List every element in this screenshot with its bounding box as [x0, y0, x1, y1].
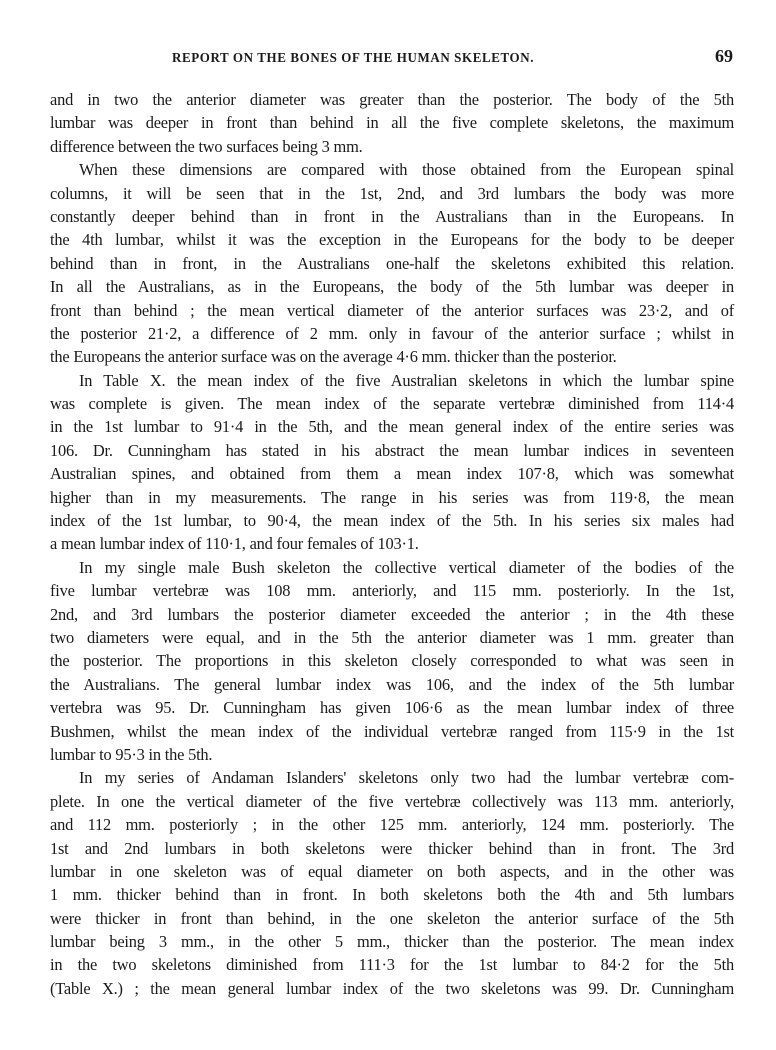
text-line: the Europeans the anterior surface was o…: [50, 345, 734, 368]
text-line: columns, it will be seen that in the 1st…: [50, 182, 734, 205]
text-line: in the two skeletons diminished from 111…: [50, 953, 734, 976]
text-line: front than behind ; the mean vertical di…: [50, 299, 734, 322]
text-line: lumbar being 3 mm., in the other 5 mm., …: [50, 930, 734, 953]
document-page: REPORT ON THE BONES OF THE HUMAN SKELETO…: [0, 0, 776, 1050]
text-line: and in two the anterior diameter was gre…: [50, 88, 734, 111]
text-line: When these dimensions are compared with …: [50, 158, 734, 181]
paragraph: and in two the anterior diameter was gre…: [50, 88, 734, 158]
text-line: plete. In one the vertical diameter of t…: [50, 790, 734, 813]
running-header: REPORT ON THE BONES OF THE HUMAN SKELETO…: [50, 50, 733, 74]
text-line: in the 1st lumbar to 91·4 in the 5th, an…: [50, 415, 734, 438]
text-line: the Australians. The general lumbar inde…: [50, 673, 734, 696]
text-line: vertebra was 95. Dr. Cunningham has give…: [50, 696, 734, 719]
text-line: the posterior 21·2, a difference of 2 mm…: [50, 322, 734, 345]
paragraph: In my single male Bush skeleton the coll…: [50, 556, 734, 767]
text-line: (Table X.) ; the mean general lumbar ind…: [50, 977, 734, 1000]
text-line: constantly deeper behind than in front i…: [50, 205, 734, 228]
text-line: 1 mm. thicker behind than in front. In b…: [50, 883, 734, 906]
text-line: were thicker in front than behind, in th…: [50, 907, 734, 930]
text-line: In my single male Bush skeleton the coll…: [50, 556, 734, 579]
running-title: REPORT ON THE BONES OF THE HUMAN SKELETO…: [172, 50, 534, 67]
text-line: lumbar in one skeleton was of equal diam…: [50, 860, 734, 883]
text-line: lumbar to 95·3 in the 5th.: [50, 743, 734, 766]
text-line: In all the Australians, as in the Europe…: [50, 275, 734, 298]
text-line: 106. Dr. Cunningham has stated in his ab…: [50, 439, 734, 462]
text-line: two diameters were equal, and in the 5th…: [50, 626, 734, 649]
text-line: index of the 1st lumbar, to 90·4, the me…: [50, 509, 734, 532]
text-line: the posterior. The proportions in this s…: [50, 649, 734, 672]
text-line: In Table X. the mean index of the five A…: [50, 369, 734, 392]
text-line: lumbar was deeper in front than behind i…: [50, 111, 734, 134]
text-line: 1st and 2nd lumbars in both skeletons we…: [50, 837, 734, 860]
text-line: difference between the two surfaces bein…: [50, 135, 734, 158]
text-line: five lumbar vertebræ was 108 mm. anterio…: [50, 579, 734, 602]
page-number: 69: [715, 46, 733, 67]
text-line: 2nd, and 3rd lumbars the posterior diame…: [50, 603, 734, 626]
paragraph: When these dimensions are compared with …: [50, 158, 734, 369]
text-line: Australian spines, and obtained from the…: [50, 462, 734, 485]
text-line: was complete is given. The mean index of…: [50, 392, 734, 415]
text-line: Bushmen, whilst the mean index of the in…: [50, 720, 734, 743]
text-line: higher than in my measurements. The rang…: [50, 486, 734, 509]
text-line: the 4th lumbar, whilst it was the except…: [50, 228, 734, 251]
paragraph: In Table X. the mean index of the five A…: [50, 369, 734, 556]
text-line: and 112 mm. posteriorly ; in the other 1…: [50, 813, 734, 836]
text-line: a mean lumbar index of 110·1, and four f…: [50, 532, 734, 555]
text-line: behind than in front, in the Australians…: [50, 252, 734, 275]
body-text: and in two the anterior diameter was gre…: [50, 88, 734, 1000]
paragraph: In my series of Andaman Islanders' skele…: [50, 766, 734, 1000]
text-line: In my series of Andaman Islanders' skele…: [50, 766, 734, 789]
